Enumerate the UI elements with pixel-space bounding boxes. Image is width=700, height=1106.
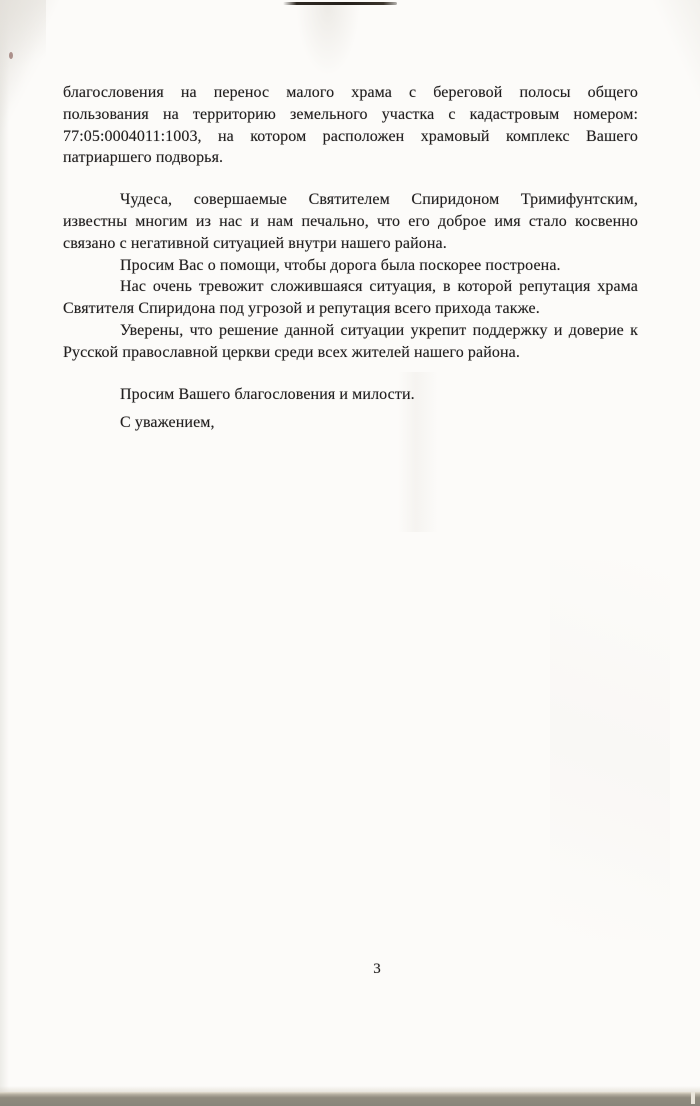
text-line: Русской православной церкви среди всех ж… — [63, 342, 638, 364]
scan-smudge — [296, 4, 360, 76]
text-line: Просим Вас о помощи, чтобы дорога была п… — [63, 255, 638, 277]
paragraph: Нас очень тревожит сложившаяся ситуация,… — [63, 276, 638, 320]
scan-artifact-line — [283, 2, 397, 5]
text-line: 77:05:0004011:1003, на котором расположе… — [63, 126, 638, 148]
paragraph: Просим Вашего благословения и милости. — [63, 384, 638, 406]
scan-edge-strip — [0, 1092, 700, 1106]
text-line: Просим Вашего благословения и милости. — [63, 384, 638, 406]
letter-body: благословения на перенос малого храма с … — [63, 82, 638, 434]
page-number: 3 — [70, 961, 684, 978]
text-line: С уважением, — [63, 412, 638, 434]
text-line: Уверены, что решение данной ситуации укр… — [63, 320, 638, 342]
text-line: известны многим из нас и нам печально, ч… — [63, 211, 638, 233]
text-line: Святителя Спиридона под угрозой и репута… — [63, 298, 638, 320]
paragraph: Просим Вас о помощи, чтобы дорога была п… — [63, 255, 638, 277]
scanned-page: благословения на перенос малого храма с … — [0, 0, 700, 1106]
text-line: патриаршего подворья. — [63, 147, 638, 169]
paragraph: С уважением, — [63, 412, 638, 434]
paragraph: благословения на перенос малого храма с … — [63, 82, 638, 169]
paper-crease — [550, 560, 670, 940]
text-line: связано с негативной ситуацией внутри на… — [63, 233, 638, 255]
text-line: благословения на перенос малого храма с … — [63, 82, 638, 104]
text-line: Чудеса, совершаемые Святителем Спиридоно… — [63, 189, 638, 211]
paragraph: Уверены, что решение данной ситуации укр… — [63, 320, 638, 364]
fold-crease — [0, 0, 46, 150]
text-line: Нас очень тревожит сложившаяся ситуация,… — [63, 276, 638, 298]
page-edge-notch — [691, 1092, 695, 1104]
text-line: пользования на территорию земельного уча… — [63, 104, 638, 126]
paragraph: Чудеса, совершаемые Святителем Спиридоно… — [63, 189, 638, 254]
ink-speck — [9, 52, 13, 59]
